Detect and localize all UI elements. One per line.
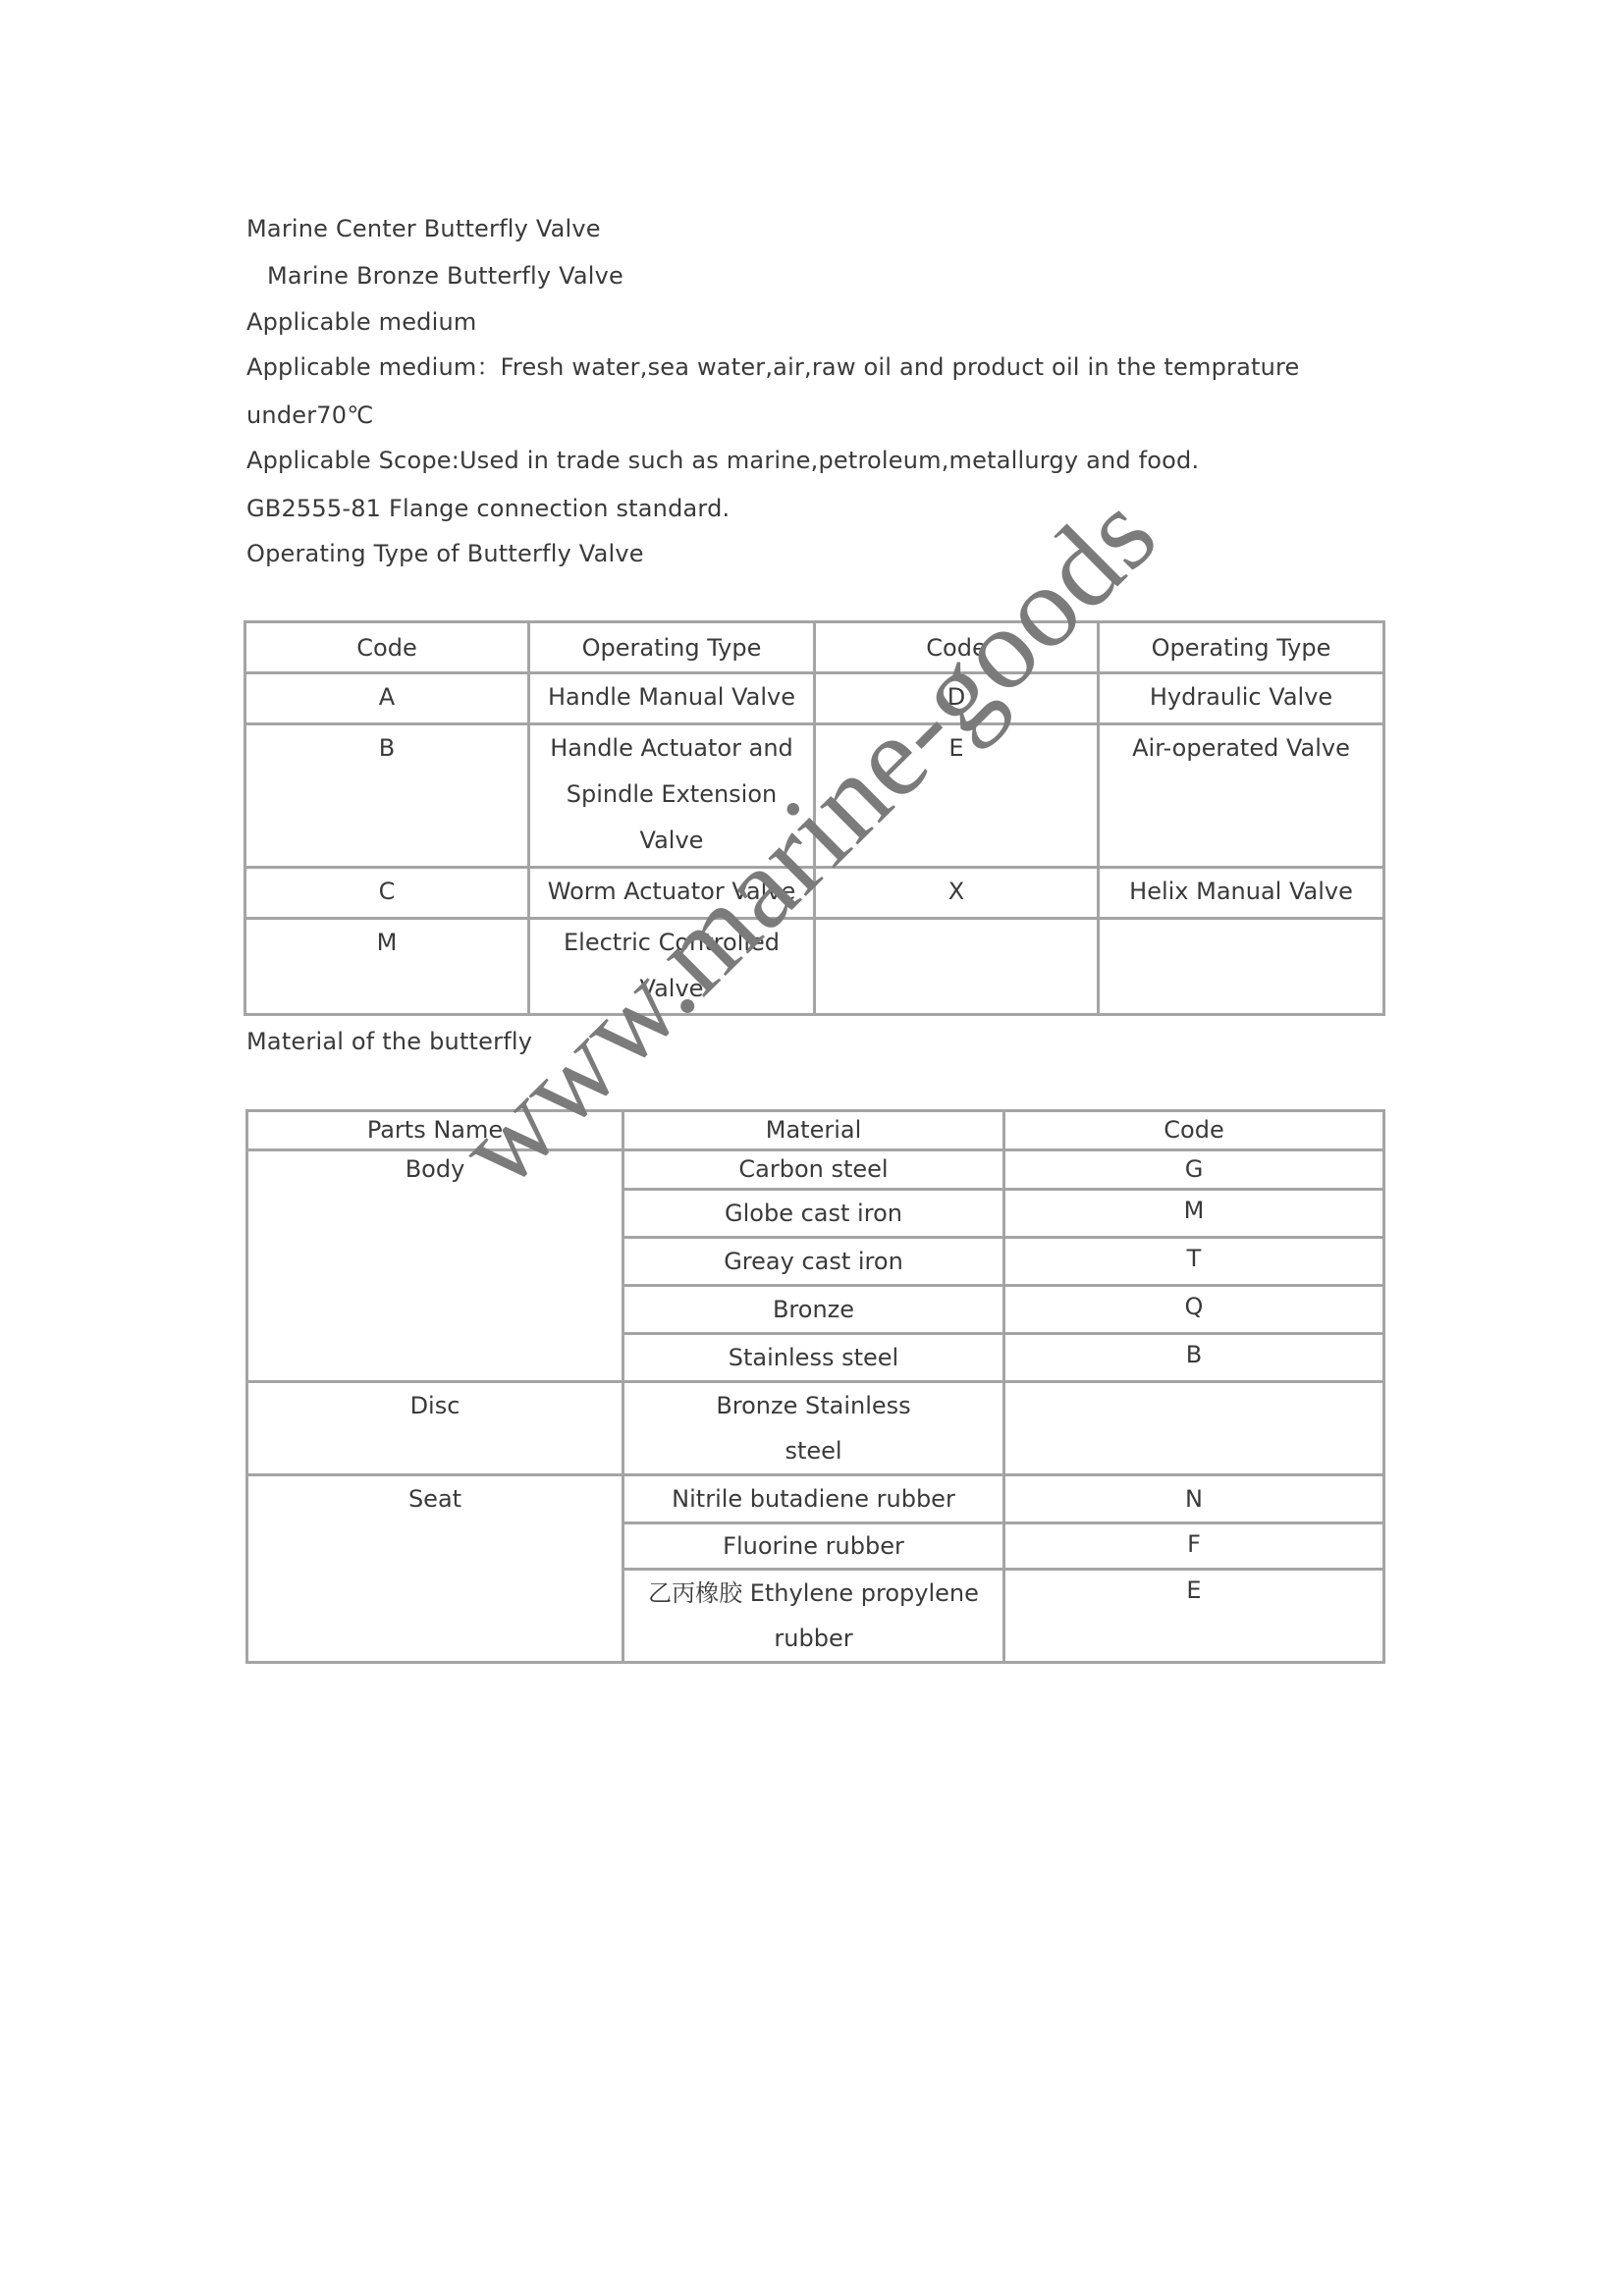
cell-code: E <box>815 724 1099 868</box>
header-parts-name: Parts Name <box>247 1111 623 1150</box>
cell-operating-type: Helix Manual Valve <box>1099 868 1384 919</box>
cell-code: Q <box>1004 1286 1384 1334</box>
table-row: Body Carbon steel G <box>247 1150 1384 1190</box>
cell-operating-type: Worm Actuator Valve <box>529 868 815 919</box>
header-operating-type-1: Operating Type <box>529 622 815 673</box>
table-row: Disc Bronze Stainless steel <box>247 1382 1384 1475</box>
cell-code: B <box>245 724 529 868</box>
cell-part-disc: Disc <box>247 1382 623 1475</box>
text-applicable-medium: Applicable medium：Fresh water,sea water,… <box>246 352 1300 382</box>
table-row: C Worm Actuator Valve X Helix Manual Val… <box>245 868 1384 919</box>
cell-operating-type: Handle Manual Valve <box>529 673 815 724</box>
cell-code <box>815 919 1099 1015</box>
cell-material: Greay cast iron <box>623 1238 1004 1286</box>
heading-material: Material of the butterfly <box>246 1027 532 1056</box>
header-code: Code <box>1004 1111 1384 1150</box>
cell-code: G <box>1004 1150 1384 1190</box>
cell-operating-type: Electric Controlled Valve <box>529 919 815 1015</box>
table-header-row: Code Operating Type Code Operating Type <box>245 622 1384 673</box>
table-row: Seat Nitrile butadiene rubber N <box>247 1475 1384 1523</box>
header-code-1: Code <box>245 622 529 673</box>
cell-operating-type <box>1099 919 1384 1015</box>
cell-code: F <box>1004 1523 1384 1570</box>
cell-part-body: Body <box>247 1150 623 1382</box>
material-table: Parts Name Material Code Body Carbon ste… <box>245 1109 1385 1664</box>
header-operating-type-2: Operating Type <box>1099 622 1384 673</box>
title-center-butterfly-valve: Marine Center Butterfly Valve <box>246 214 601 243</box>
cell-material: 乙丙橡胶 Ethylene propylene rubber <box>623 1570 1004 1663</box>
header-material: Material <box>623 1111 1004 1150</box>
table-row: A Handle Manual Valve D Hydraulic Valve <box>245 673 1384 724</box>
cell-code: A <box>245 673 529 724</box>
cell-code: E <box>1004 1570 1384 1663</box>
text-applicable-scope: Applicable Scope:Used in trade such as m… <box>246 446 1199 475</box>
table-row: M Electric Controlled Valve <box>245 919 1384 1015</box>
cell-material: Carbon steel <box>623 1150 1004 1190</box>
cell-code: D <box>815 673 1099 724</box>
heading-operating-type: Operating Type of Butterfly Valve <box>246 539 644 568</box>
cell-operating-type: Handle Actuator and Spindle Extension Va… <box>529 724 815 868</box>
cell-material: Stainless steel <box>623 1334 1004 1382</box>
cell-material: Fluorine rubber <box>623 1523 1004 1570</box>
cell-code: X <box>815 868 1099 919</box>
cell-code: N <box>1004 1475 1384 1523</box>
cell-code: C <box>245 868 529 919</box>
table-row: B Handle Actuator and Spindle Extension … <box>245 724 1384 868</box>
text-temperature: under70℃ <box>246 400 373 430</box>
cell-material: Globe cast iron <box>623 1190 1004 1238</box>
cell-code: M <box>245 919 529 1015</box>
cell-material: Nitrile butadiene rubber <box>623 1475 1004 1523</box>
title-bronze-butterfly-valve: Marine Bronze Butterfly Valve <box>267 261 623 291</box>
heading-applicable-medium: Applicable medium <box>246 307 476 337</box>
cell-code: T <box>1004 1238 1384 1286</box>
operating-type-table: Code Operating Type Code Operating Type … <box>244 620 1385 1016</box>
cell-operating-type: Air-operated Valve <box>1099 724 1384 868</box>
text-flange-standard: GB2555-81 Flange connection standard. <box>246 494 730 523</box>
table-header-row: Parts Name Material Code <box>247 1111 1384 1150</box>
cell-material: Bronze <box>623 1286 1004 1334</box>
cell-code: B <box>1004 1334 1384 1382</box>
cell-code: M <box>1004 1190 1384 1238</box>
cell-part-seat: Seat <box>247 1475 623 1663</box>
cell-operating-type: Hydraulic Valve <box>1099 673 1384 724</box>
cell-material: Bronze Stainless steel <box>623 1382 1004 1475</box>
header-code-2: Code <box>815 622 1099 673</box>
cell-code <box>1004 1382 1384 1475</box>
